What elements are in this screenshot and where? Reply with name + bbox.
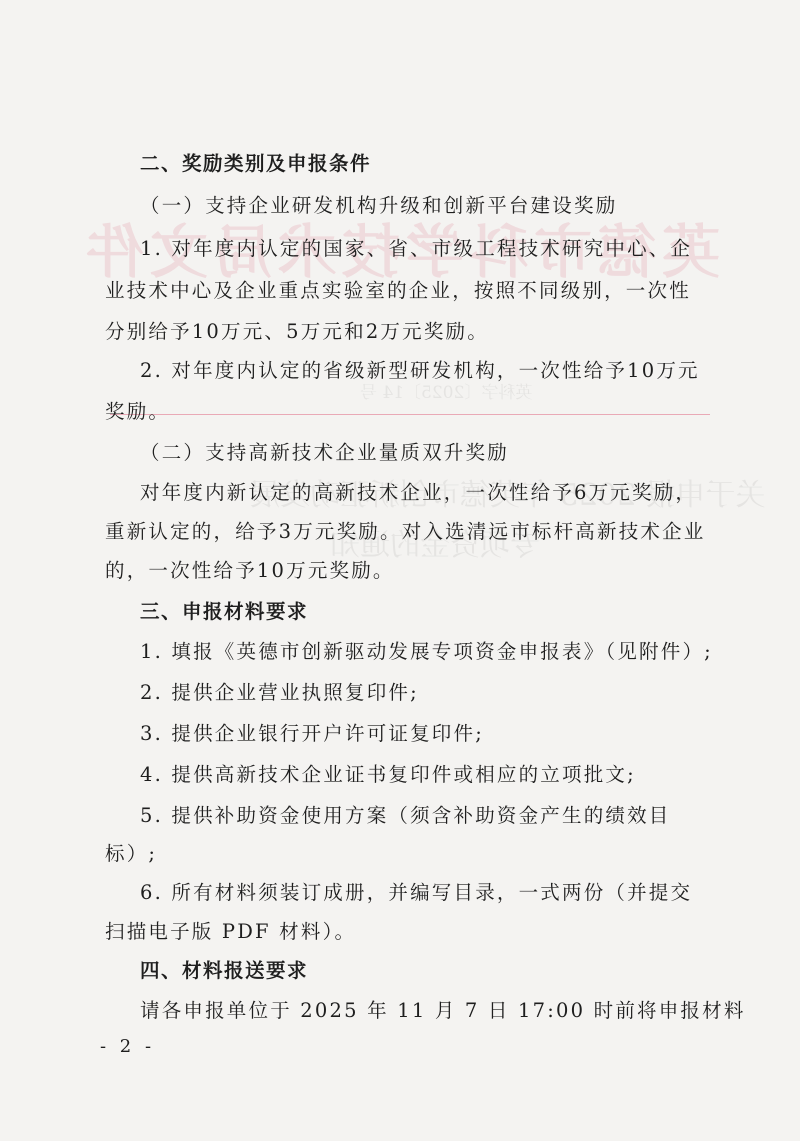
section-2-heading: 二、奖励类别及申报条件 — [140, 148, 750, 176]
material-item-2: 2. 提供企业营业执照复印件; — [140, 677, 750, 705]
sub-2-para-line-2: 重新认定的，给予3万元奖励。对入选清远市标杆高新技术企业 — [105, 516, 715, 544]
section-3-heading: 三、申报材料要求 — [140, 596, 750, 624]
section-4-para-line-1: 请各申报单位于 2025 年 11 月 7 日 17:00 时前将申报材料 — [140, 995, 750, 1023]
page-number: - 2 - — [100, 1036, 155, 1057]
sub-2-heading: （二）支持高新技术企业量质双升奖励 — [140, 437, 750, 465]
material-item-3: 3. 提供企业银行开户许可证复印件; — [140, 718, 750, 746]
material-item-6-line-2: 扫描电子版 PDF 材料）。 — [105, 916, 715, 944]
sub-2-para-line-1: 对年度内新认定的高新技术企业，一次性给予6万元奖励， — [140, 477, 750, 505]
sub-1-item-1-line-1: 1. 对年度内认定的国家、省、市级工程技术研究中心、企 — [140, 233, 750, 261]
sub-1-item-2-line-1: 2. 对年度内认定的省级新型研发机构，一次性给予10万元 — [140, 355, 750, 383]
material-item-1: 1. 填报《英德市创新驱动发展专项资金申报表》（见附件）; — [140, 636, 750, 664]
sub-1-heading: （一）支持企业研发机构升级和创新平台建设奖励 — [140, 190, 750, 218]
section-4-heading: 四、材料报送要求 — [140, 955, 750, 983]
document-page: 英德市科学技术局文件 英科字〔2025〕14 号 关于申报 2025 年英德市创… — [0, 0, 800, 1141]
sub-1-item-1-line-2: 业技术中心及企业重点实验室的企业，按照不同级别，一次性 — [105, 275, 715, 303]
sub-2-para-line-3: 的，一次性给予10万元奖励。 — [105, 555, 715, 583]
material-item-5-line-2: 标）; — [105, 838, 715, 866]
material-item-5-line-1: 5. 提供补助资金使用方案（须含补助资金产生的绩效目 — [140, 800, 750, 828]
material-item-4: 4. 提供高新技术企业证书复印件或相应的立项批文; — [140, 759, 750, 787]
sub-1-item-1-line-3: 分别给予10万元、5万元和2万元奖励。 — [105, 316, 715, 344]
material-item-6-line-1: 6. 所有材料须装订成册，并编写目录，一式两份（并提交 — [140, 877, 750, 905]
sub-1-item-2-line-2: 奖励。 — [105, 396, 715, 424]
